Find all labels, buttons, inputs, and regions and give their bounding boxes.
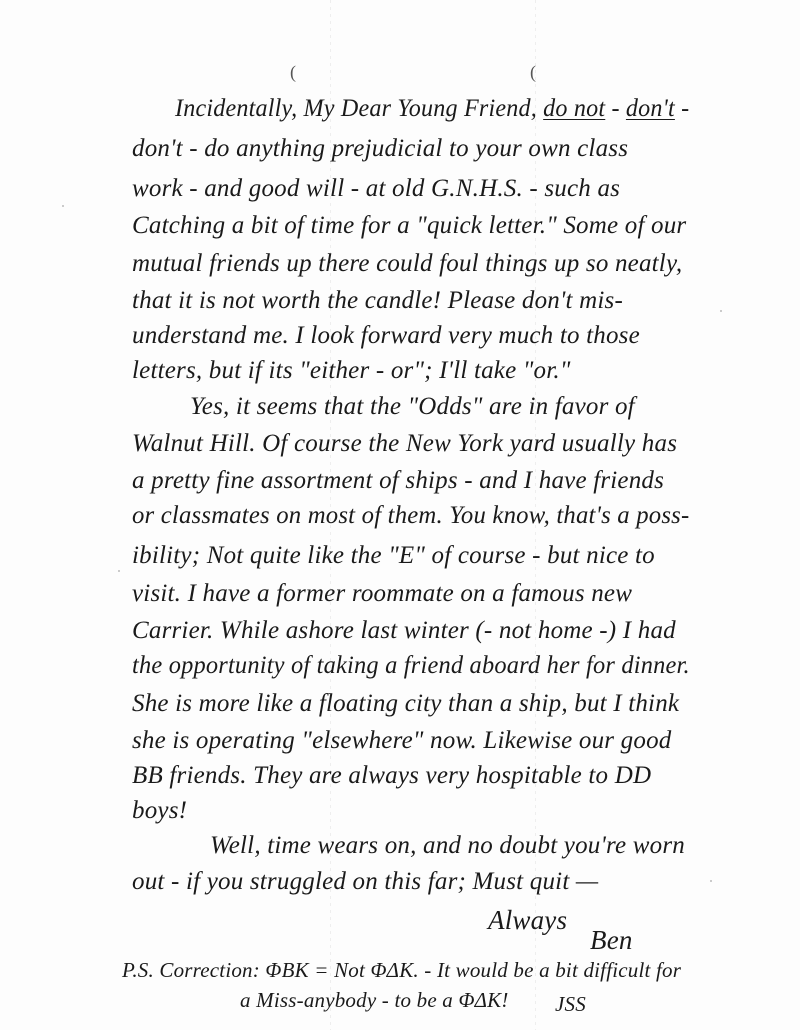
- letter-line: don't - do anything prejudicial to your …: [132, 135, 628, 163]
- margin-mark: (: [290, 62, 296, 83]
- underlined-text: don't: [626, 95, 675, 122]
- letter-line: or classmates on most of them. You know,…: [132, 502, 689, 530]
- letter-line: she is operating "elsewhere" now. Likewi…: [132, 727, 672, 755]
- signature: Ben: [590, 925, 633, 956]
- scan-speck: [720, 310, 722, 312]
- letter-line: Catching a bit of time for a "quick lett…: [132, 212, 686, 240]
- letter-line: boys!: [132, 797, 187, 825]
- letter-line: visit. I have a former roommate on a fam…: [132, 580, 632, 608]
- letter-line: ibility; Not quite like the "E" of cours…: [132, 542, 655, 570]
- line-text: -: [605, 95, 626, 122]
- letter-line: Walnut Hill. Of course the New York yard…: [132, 430, 677, 458]
- postscript-line: a Miss-anybody - to be a ΦΔK!: [240, 988, 509, 1013]
- letter-line: understand me. I look forward very much …: [132, 322, 640, 350]
- line-text: -: [675, 95, 689, 122]
- letter-line: Incidentally, My Dear Young Friend, do n…: [175, 95, 689, 123]
- scan-speck: [62, 205, 64, 207]
- letter-line: out - if you struggled on this far; Must…: [132, 868, 598, 896]
- line-text: Incidentally, My Dear Young Friend,: [175, 95, 543, 122]
- letter-line: Yes, it seems that the "Odds" are in fav…: [190, 393, 635, 421]
- letter-line: mutual friends up there could foul thing…: [132, 250, 682, 278]
- letter-line: Carrier. While ashore last winter (- not…: [132, 617, 676, 645]
- margin-mark: (: [530, 62, 536, 83]
- letter-line: that it is not worth the candle! Please …: [132, 287, 623, 315]
- letter-line: the opportunity of taking a friend aboar…: [132, 652, 690, 680]
- letter-line: Well, time wears on, and no doubt you're…: [210, 832, 685, 860]
- letter-line: She is more like a floating city than a …: [132, 690, 679, 718]
- letter-line: BB friends. They are always very hospita…: [132, 762, 651, 790]
- postscript-initials: JSS: [555, 992, 586, 1017]
- letter-line: work - and good will - at old G.N.H.S. -…: [132, 175, 620, 203]
- letter-line: letters, but if its "either - or"; I'll …: [132, 357, 571, 385]
- letter-page: ( ( Incidentally, My Dear Young Friend, …: [0, 0, 800, 1030]
- scan-speck: [710, 880, 712, 882]
- letter-line: a pretty fine assortment of ships - and …: [132, 467, 664, 495]
- scan-speck: [118, 570, 120, 572]
- underlined-text: do not: [543, 95, 605, 122]
- postscript-line: P.S. Correction: ΦBK = Not ΦΔK. - It wou…: [122, 958, 681, 983]
- closing: Always: [488, 905, 567, 936]
